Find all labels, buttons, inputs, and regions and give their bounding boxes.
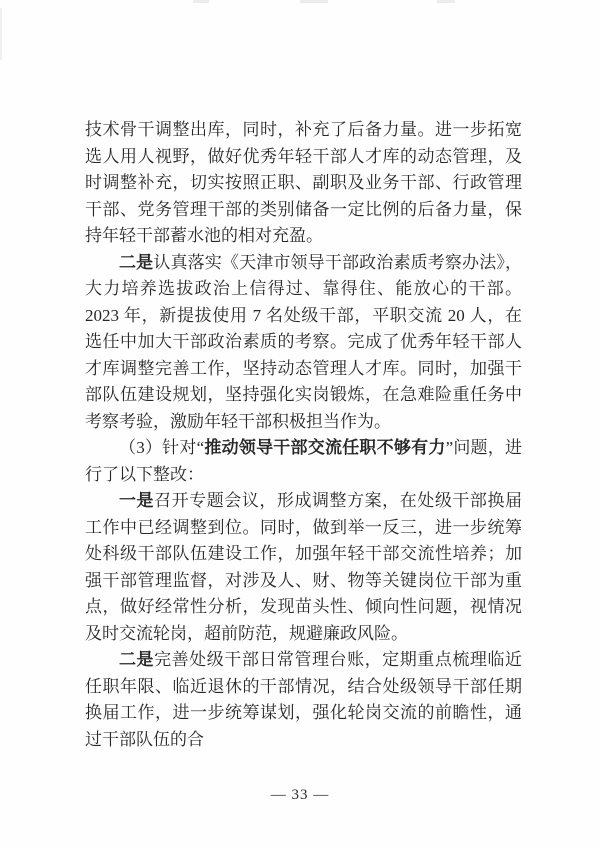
text-segment: 召开专题会议，形成调整方案，在处级干部换届工作中已经调整到位。同时，做到举一反三… [85, 491, 522, 643]
bold-lead-in: 二是 [119, 253, 153, 272]
text-segment: （3）针对“ [119, 438, 204, 457]
scan-artifact [193, 0, 209, 3]
bold-lead-in: 一是 [119, 491, 154, 510]
bold-issue-title: 推动领导干部交流任职不够有力 [204, 438, 445, 457]
document-body: 技术骨干调整出库，同时，补充了后备力量。进一步拓宽选人用人视野，做好优秀年轻干部… [85, 117, 522, 753]
paragraph: 二是完善处级干部日常管理台账，定期重点梳理临近任职年限、临近退休的干部情况，结合… [85, 647, 522, 753]
text-segment: 认真落实《天津市领导干部政治素质考察办法》，大力培养选拔政治上信得过、靠得住、能… [85, 253, 522, 431]
paragraph: （3）针对“推动领导干部交流任职不够有力”问题，进行了以下整改： [85, 435, 522, 488]
scan-artifact [300, 0, 328, 3]
text-segment: 技术骨干调整出库，同时，补充了后备力量。进一步拓宽选人用人视野，做好优秀年轻干部… [85, 120, 522, 245]
document-page: 技术骨干调整出库，同时，补充了后备力量。进一步拓宽选人用人视野，做好优秀年轻干部… [0, 0, 600, 848]
scan-artifact [0, 8, 2, 60]
paragraph: 技术骨干调整出库，同时，补充了后备力量。进一步拓宽选人用人视野，做好优秀年轻干部… [85, 117, 522, 250]
scan-artifact [437, 0, 455, 3]
paragraph: 一是召开专题会议，形成调整方案，在处级干部换届工作中已经调整到位。同时，做到举一… [85, 488, 522, 647]
page-number: — 33 — [0, 787, 600, 804]
bold-lead-in: 二是 [119, 650, 154, 669]
paragraph: 二是认真落实《天津市领导干部政治素质考察办法》，大力培养选拔政治上信得过、靠得住… [85, 250, 522, 436]
